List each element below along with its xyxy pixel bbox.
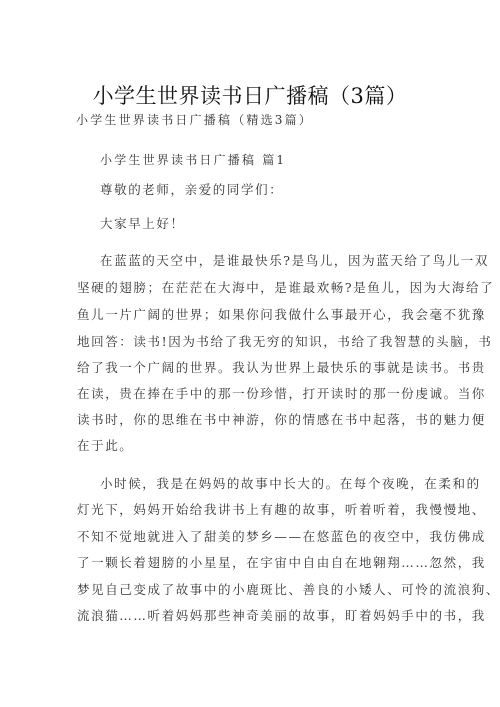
opening-line: 大家早上好！ — [100, 214, 185, 232]
document-page: 小学生世界读书日广播稿（3篇） 小学生世界读书日广播稿（精选3篇） 小学生世界读… — [0, 0, 500, 707]
section-heading: 小学生世界读书日广播稿 篇1 — [100, 151, 286, 168]
paragraph-1-line: 读书时，你的思维在书中神游，你的情感在书中起落，书的魅力便 — [77, 410, 486, 428]
document-title: 小学生世界读书日广播稿（3篇） — [0, 80, 500, 110]
paragraph-1-line: 给了我一个广阔的世界。我认为世界上最快乐的事就是读书。书贵 — [77, 358, 486, 376]
paragraph-1-line: 坚硬的翅膀；在茫茫在大海中，是谁最欢畅?是鱼儿，因为大海给了 — [77, 278, 494, 296]
paragraph-2-line: 不知不觉地就进入了甜美的梦乡——在悠蓝色的夜空中，我仿佛成 — [77, 527, 486, 545]
paragraph-1-line: 在蓝蓝的天空中，是谁最快乐?是鸟儿，因为蓝天给了鸟儿一双 — [100, 251, 489, 269]
paragraph-1-line: 在读，贵在捧在手中的那一份珍惜，打开读时的那一份虔诚。当你 — [77, 384, 486, 402]
paragraph-2-line: 流浪猫……听着妈妈那些神奇美丽的故事，盯着妈妈手中的书，我 — [77, 606, 486, 624]
paragraph-1-line: 地回答：读书!因为书给了我无穷的知识，书给了我智慧的头脑，书 — [77, 332, 493, 350]
document-subtitle: 小学生世界读书日广播稿（精选3篇） — [76, 111, 313, 128]
paragraph-1-line: 在于此。 — [77, 436, 133, 454]
paragraph-2-line: 梦见自己变成了故事中的小鹿斑比、善良的小矮人、可怜的流浪狗、 — [77, 580, 500, 598]
paragraph-1-line: 鱼儿一片广阔的世界；如果你问我做什么事最开心，我会毫不犹豫 — [77, 305, 486, 323]
paragraph-2-line: 灯光下，妈妈开始给我讲书上有趣的故事，听着听着，我慢慢地、 — [77, 500, 486, 518]
paragraph-2-line: 了一颗长着翅膀的小星星，在宇宙中自由自在地翱翔……忽然，我 — [77, 553, 486, 571]
paragraph-2-line: 小时候，我是在妈妈的故事中长大的。在每个夜晚，在柔和的 — [100, 474, 481, 492]
greeting: 尊敬的老师，亲爱的同学们： — [100, 180, 283, 198]
